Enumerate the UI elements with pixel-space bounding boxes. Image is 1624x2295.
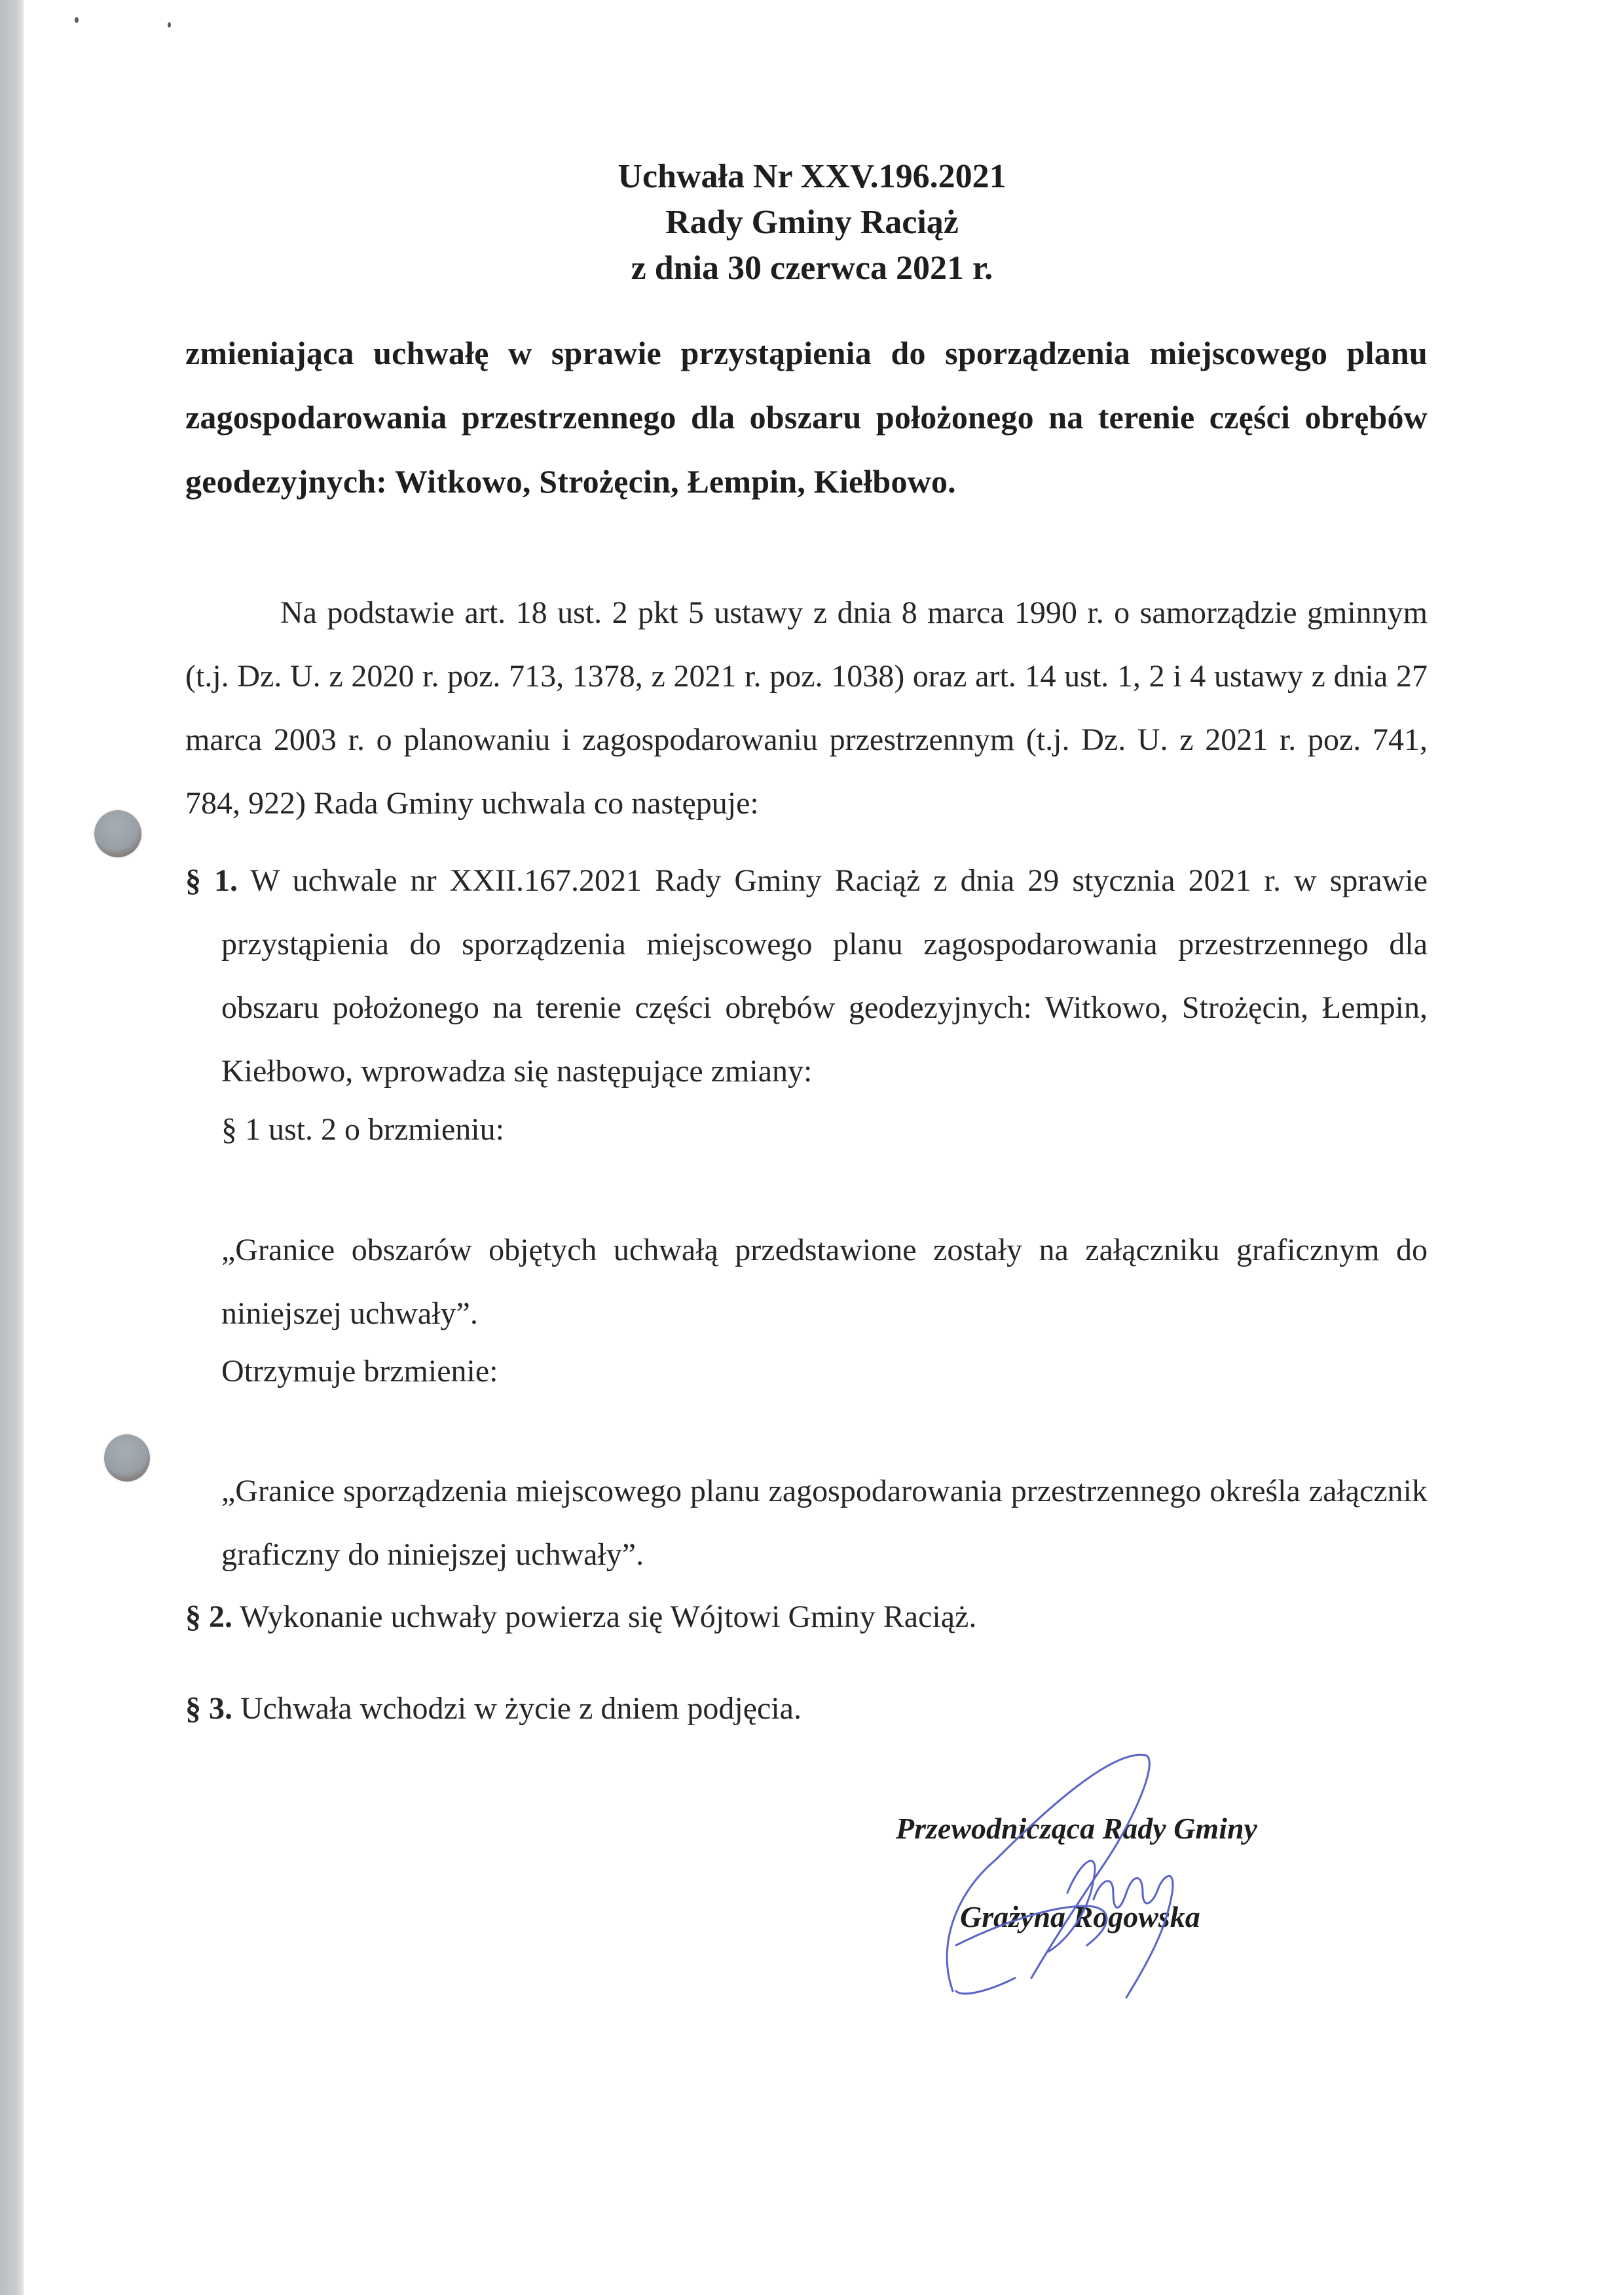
handwritten-signature-icon xyxy=(917,1729,1336,2004)
scan-speck xyxy=(75,17,79,23)
scan-left-edge xyxy=(0,0,24,2295)
section-3-mark: § 3. xyxy=(185,1691,232,1726)
resolution-date: z dnia 30 czerwca 2021 r. xyxy=(0,246,1624,291)
punch-hole-upper xyxy=(94,810,141,857)
new-wording-label: Otrzymuje brzmienie: xyxy=(221,1339,1428,1403)
resolution-subject: zmieniająca uchwałę w sprawie przystąpie… xyxy=(185,321,1428,513)
section-1-first-line: § 1. W uchwale nr XXII.167.2021 Rady Gmi… xyxy=(185,849,1428,912)
resolution-header: Uchwała Nr XXV.196.2021 Rady Gminy Racią… xyxy=(0,154,1624,291)
punch-hole-lower xyxy=(104,1434,150,1482)
resolution-number: Uchwała Nr XXV.196.2021 xyxy=(0,154,1624,200)
legal-basis-preamble: Na podstawie art. 18 ust. 2 pkt 5 ustawy… xyxy=(185,581,1428,835)
section-2-text: Wykonanie uchwały powierza się Wójtowi G… xyxy=(232,1599,976,1634)
section-1-first-text: W uchwale nr XXII.167.2021 Rady Gminy Ra… xyxy=(238,863,1428,898)
section-3-text: Uchwała wchodzi w życie z dniem podjęcia… xyxy=(232,1691,802,1726)
new-wording-quote: „Granice sporządzenia miejscowego planu … xyxy=(221,1459,1428,1586)
section-1: § 1. W uchwale nr XXII.167.2021 Rady Gmi… xyxy=(185,849,1428,1103)
section-2-mark: § 2. xyxy=(185,1599,232,1634)
old-wording-quote: „Granice obszarów objętych uchwałą przed… xyxy=(221,1218,1428,1345)
amended-provision-label: § 1 ust. 2 o brzmieniu: xyxy=(221,1098,1428,1161)
section-1-mark: § 1. xyxy=(185,863,238,898)
section-2: § 2. Wykonanie uchwały powierza się Wójt… xyxy=(185,1585,1428,1649)
issuing-council: Rady Gminy Raciąż xyxy=(0,200,1624,246)
section-1-body: przystąpienia do sporządzenia miejscoweg… xyxy=(185,912,1428,1103)
scan-speck xyxy=(168,22,171,28)
